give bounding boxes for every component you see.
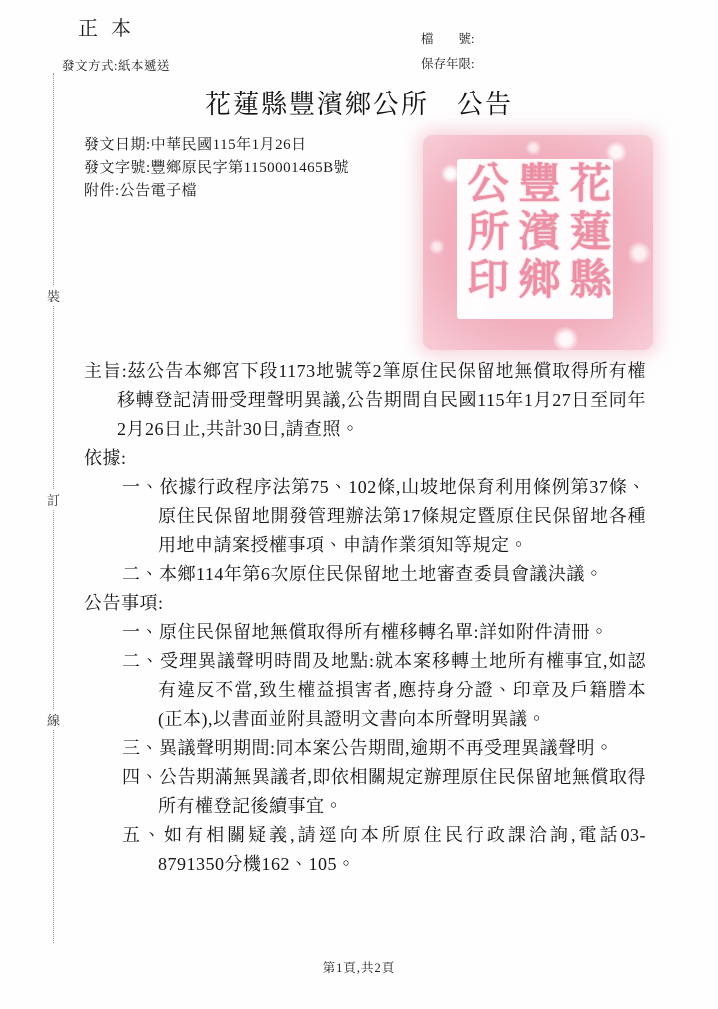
dispatch-number: 發文字號:豐鄉原民字第1150001465B號 bbox=[84, 157, 349, 180]
seal-characters: 花蓮縣豐濱鄉公所印 bbox=[459, 161, 612, 317]
seal-inner-face: 花蓮縣豐濱鄉公所印 bbox=[457, 159, 613, 319]
basis-item: 一、依據行政程序法第75、102條,山坡地保育利用條例第37條、原住民保留地開發… bbox=[84, 473, 646, 560]
item-text: 如有相關疑義,請逕向本所原住民行政課洽詢,電話03-8791350分機162、1… bbox=[158, 825, 646, 874]
item-text: 原住民保留地無償取得所有權移轉名單:詳如附件清冊。 bbox=[159, 622, 609, 642]
basis-item: 二、本鄉114年第6次原住民保留地土地審查委員會議決議。 bbox=[84, 560, 646, 589]
subject-paragraph: 主旨:茲公告本鄉宮下段1173地號等2筆原住民保留地無償取得所有權移轉登記清冊受… bbox=[84, 357, 646, 444]
basis-header: 依據: bbox=[84, 444, 646, 473]
item-text: 依據行政程序法第75、102條,山坡地保育利用條例第37條、原住民保留地開發管理… bbox=[158, 477, 646, 555]
subject-text: 茲公告本鄉宮下段1173地號等2筆原住民保留地無償取得所有權移轉登記清冊受理聲明… bbox=[117, 361, 646, 439]
item-text: 本鄉114年第6次原住民保留地土地審查委員會議決議。 bbox=[159, 564, 603, 584]
item-number: 二、 bbox=[122, 651, 160, 671]
item-number: 一、 bbox=[122, 477, 160, 497]
announcement-item: 四、公告期滿無異議者,即依相關規定辦理原住民保留地無償取得所有權登記後續事宜。 bbox=[84, 763, 646, 821]
binding-mark-xian: 線 bbox=[45, 710, 62, 729]
file-number-label: 檔 號: bbox=[421, 29, 474, 47]
binding-mark-zhuang: 裝 bbox=[45, 286, 62, 305]
dispatch-date: 發文日期:中華民國115年1月26日 bbox=[84, 134, 349, 157]
announcement-items-header: 公告事項: bbox=[84, 589, 646, 618]
announcement-item: 五、如有相關疑義,請逕向本所原住民行政課洽詢,電話03-8791350分機162… bbox=[84, 821, 646, 879]
announcement-item: 一、原住民保留地無償取得所有權移轉名單:詳如附件清冊。 bbox=[84, 618, 646, 647]
dispatch-method-label: 發文方式:紙本遞送 bbox=[62, 56, 170, 74]
announcement-item: 二、受理異議聲明時間及地點:就本案移轉土地所有權事宜,如認有違反不當,致生權益損… bbox=[84, 647, 646, 734]
item-number: 二、 bbox=[122, 564, 159, 584]
item-number: 三、 bbox=[122, 738, 159, 758]
retention-period-label: 保存年限: bbox=[421, 54, 474, 72]
official-red-seal: 花蓮縣豐濱鄉公所印 bbox=[423, 135, 653, 350]
binding-mark-ding: 訂 bbox=[45, 490, 62, 509]
item-number: 四、 bbox=[122, 767, 159, 787]
page-number-footer: 第1頁,共2頁 bbox=[0, 958, 718, 976]
subject-label: 主旨: bbox=[84, 361, 127, 381]
item-text: 公告期滿無異議者,即依相關規定辦理原住民保留地無償取得所有權登記後續事宜。 bbox=[158, 767, 646, 816]
document-title: 花蓮縣豐濱鄉公所 公告 bbox=[0, 84, 718, 121]
item-text: 異議聲明期間:同本案公告期間,逾期不再受理異議聲明。 bbox=[159, 738, 614, 758]
announcement-item: 三、異議聲明期間:同本案公告期間,逾期不再受理異議聲明。 bbox=[84, 734, 646, 763]
item-number: 五、 bbox=[122, 825, 164, 845]
announcement-document-page: 正 本 發文方式:紙本遞送 檔 號: 保存年限: 花蓮縣豐濱鄉公所 公告 發文日… bbox=[0, 0, 718, 1009]
announcement-body: 主旨:茲公告本鄉宮下段1173地號等2筆原住民保留地無償取得所有權移轉登記清冊受… bbox=[84, 357, 646, 879]
item-number: 一、 bbox=[122, 622, 159, 642]
attachment-line: 附件:公告電子檔 bbox=[84, 180, 349, 203]
copy-type-label: 正 本 bbox=[78, 12, 132, 41]
document-meta: 發文日期:中華民國115年1月26日 發文字號:豐鄉原民字第1150001465… bbox=[84, 134, 349, 203]
item-text: 受理異議聲明時間及地點:就本案移轉土地所有權事宜,如認有違反不當,致生權益損害者… bbox=[158, 651, 646, 729]
